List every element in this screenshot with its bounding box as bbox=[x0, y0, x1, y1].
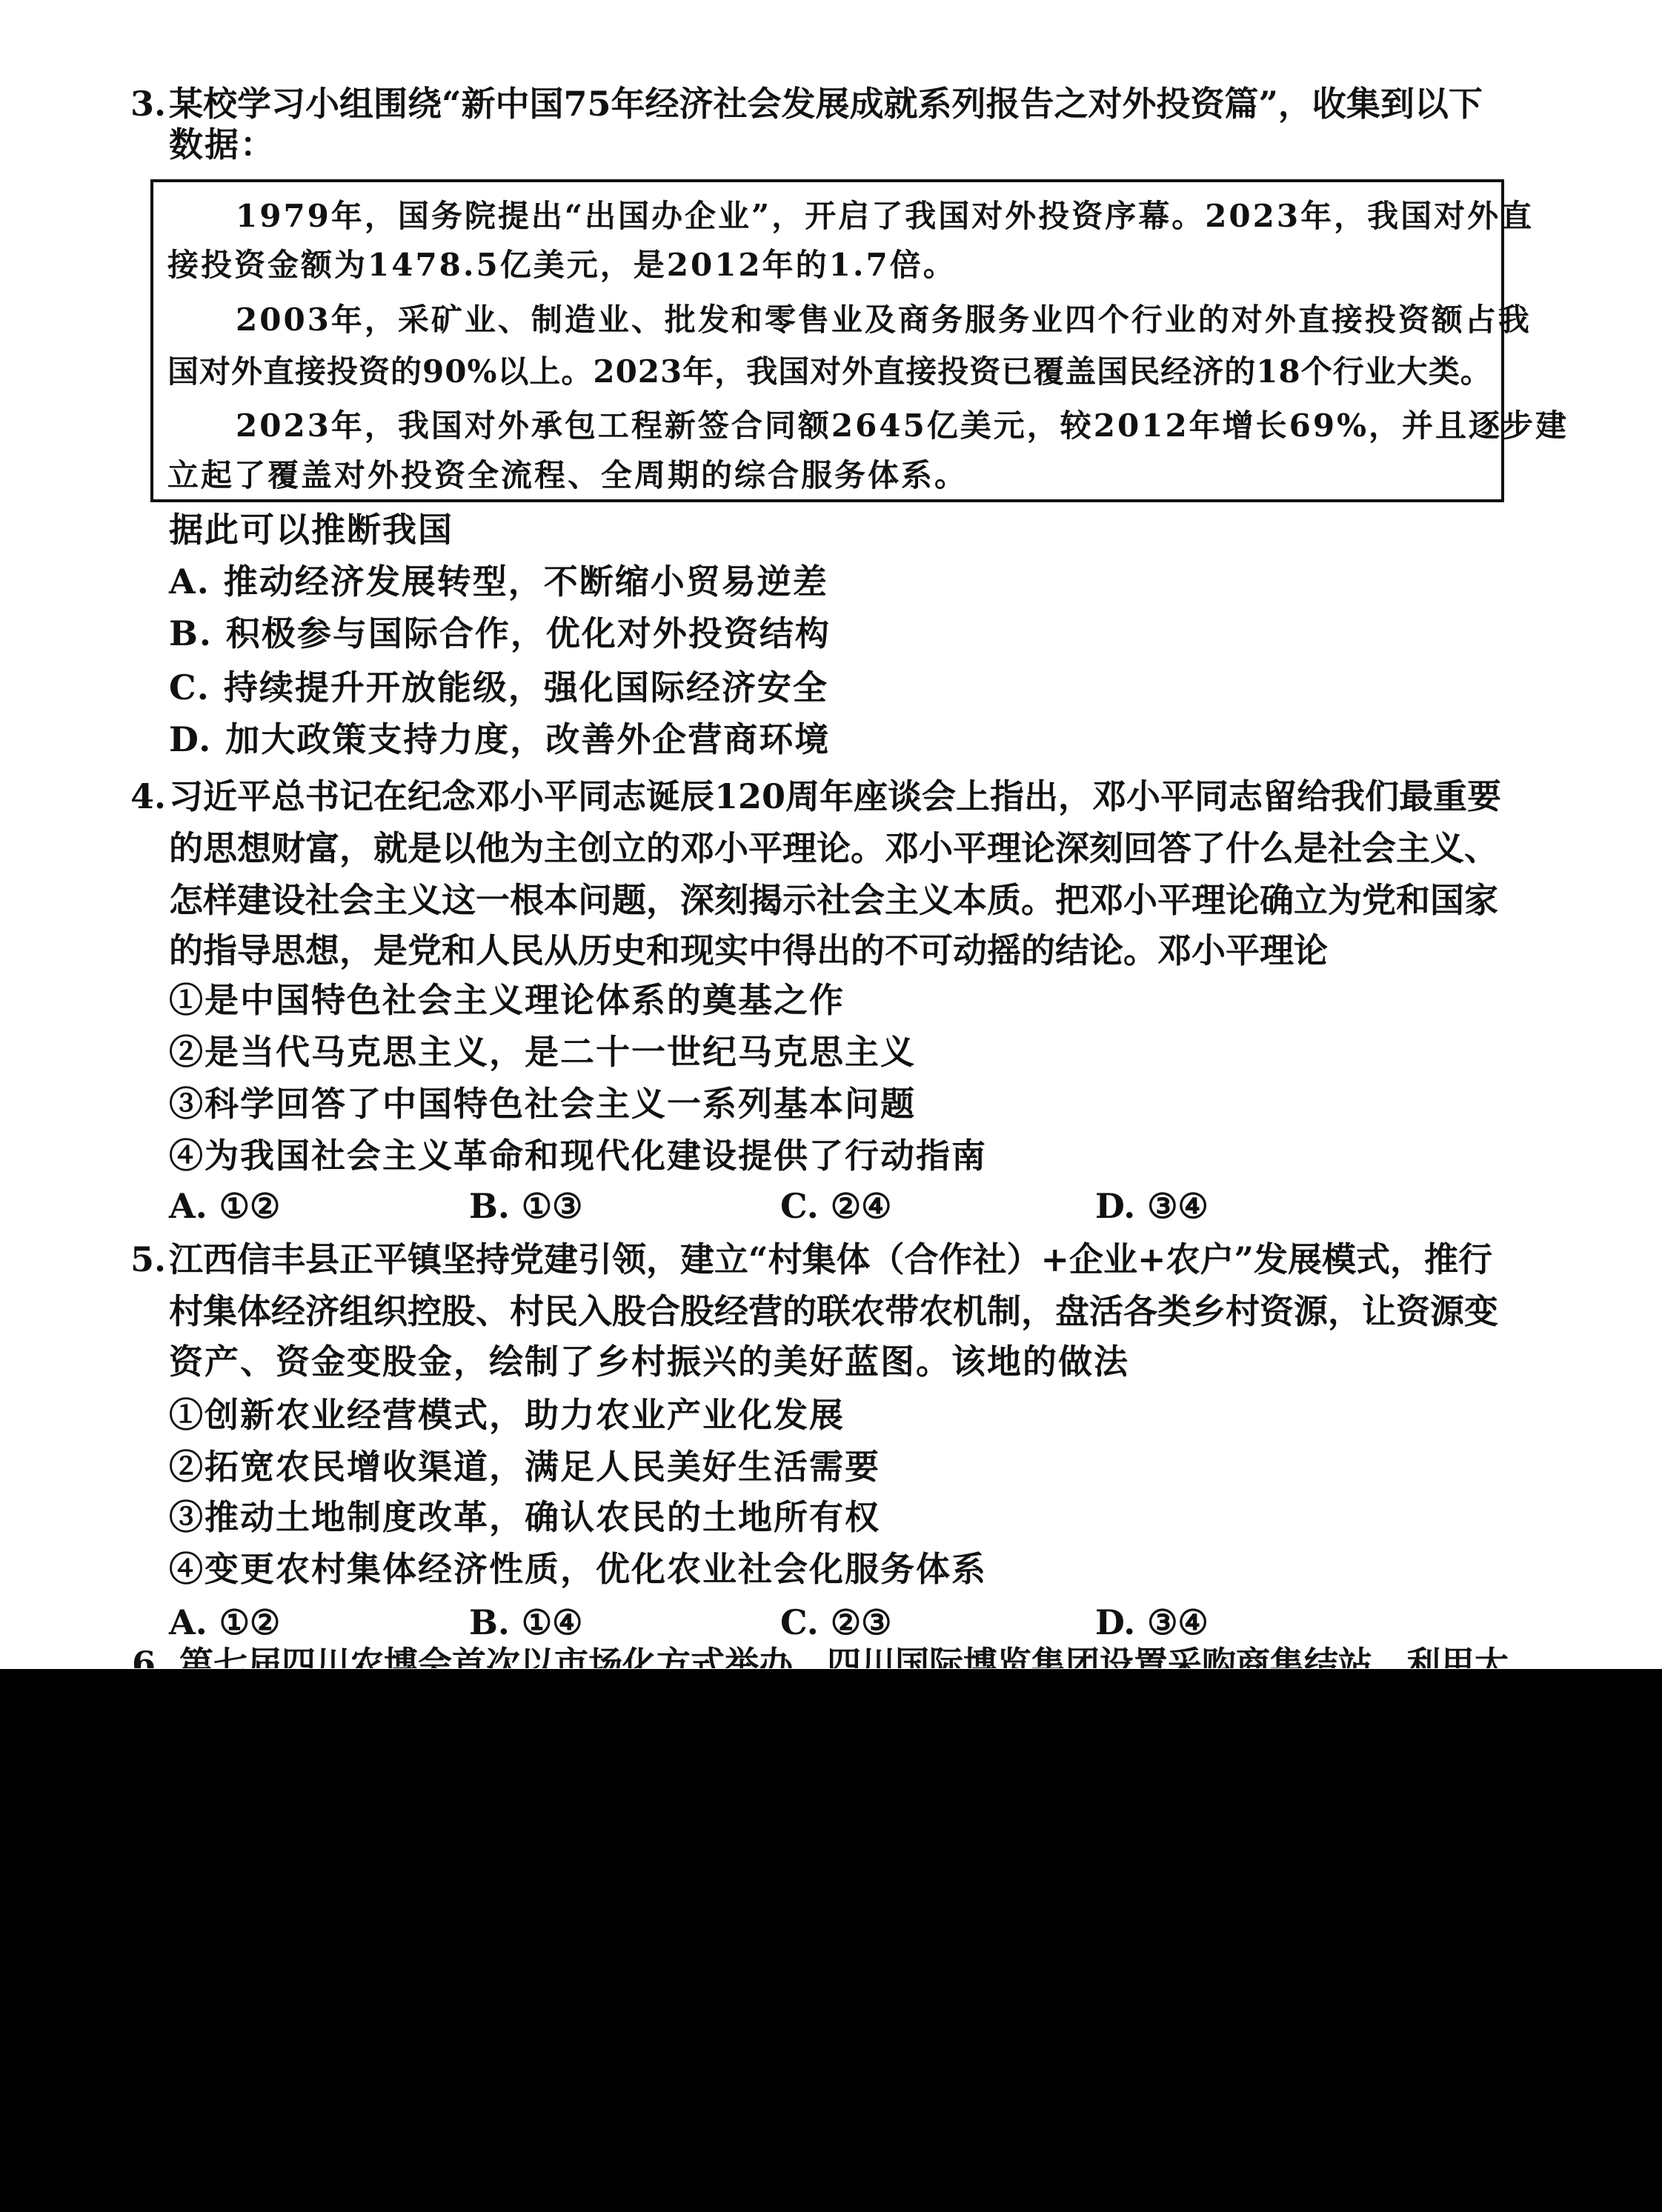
answer-option-c[interactable]: C. 持续提升开放能级，强化国际经济安全 bbox=[169, 667, 828, 708]
answer-option-b[interactable]: B. 积极参与国际合作，优化对外投资结构 bbox=[169, 613, 831, 654]
answer-option-c[interactable]: C. ②④ bbox=[780, 1185, 891, 1227]
question-stem-line: 的指导思想，是党和人民从历史和现实中得出的不可动摇的结论。邓小平理论 bbox=[169, 930, 1328, 971]
question-stem-line: 资产、资金变股金，绘制了乡村振兴的美好蓝图。该地的做法 bbox=[169, 1341, 1129, 1382]
statement-item: ④变更农村集体经济性质，优化农业社会化服务体系 bbox=[169, 1548, 987, 1590]
material-line: 2003年，采矿业、制造业、批发和零售业及商务服务业四个行业的对外直接投资额占我 bbox=[236, 299, 1532, 341]
redacted-region bbox=[0, 1669, 1662, 2212]
statement-item: ③推动土地制度改革，确认农民的土地所有权 bbox=[169, 1496, 880, 1538]
answer-option-d[interactable]: D. ③④ bbox=[1095, 1185, 1209, 1227]
answer-option-b[interactable]: B. ①④ bbox=[469, 1602, 582, 1643]
answer-option-a[interactable]: A. ①② bbox=[169, 1185, 280, 1227]
answer-option-c[interactable]: C. ②③ bbox=[780, 1602, 891, 1643]
question-stem-line: 的思想财富，就是以他为主创立的邓小平理论。邓小平理论深刻回答了什么是社会主义、 bbox=[169, 827, 1498, 869]
answer-option-d[interactable]: D. 加大政策支持力度，改善外企营商环境 bbox=[169, 719, 830, 760]
material-line: 国对外直接投资的90%以上。2023年，我国对外直接投资已覆盖国民经济的18个行… bbox=[167, 351, 1492, 393]
answer-option-a[interactable]: A. ①② bbox=[169, 1602, 280, 1643]
statement-item: ①是中国特色社会主义理论体系的奠基之作 bbox=[169, 979, 845, 1021]
statement-item: ②是当代马克思主义，是二十一世纪马克思主义 bbox=[169, 1031, 916, 1073]
question-number: 4. bbox=[130, 776, 166, 817]
question-stem-line: 江西信丰县正平镇坚持党建引领，建立“村集体（合作社）+企业+农户”发展模式，推行 bbox=[169, 1239, 1492, 1280]
question-number: 5. bbox=[130, 1239, 166, 1280]
question-number: 3. bbox=[130, 83, 166, 124]
statement-item: ③科学回答了中国特色社会主义一系列基本问题 bbox=[169, 1083, 916, 1125]
statement-item: ①创新农业经营模式，助力农业产业化发展 bbox=[169, 1394, 845, 1436]
material-line: 接投资金额为1478.5亿美元，是2012年的1.7倍。 bbox=[167, 244, 957, 286]
question-prompt: 据此可以推断我国 bbox=[169, 509, 453, 550]
question-stem-line: 习近平总书记在纪念邓小平同志诞辰120周年座谈会上指出，邓小平同志留给我们最重要 bbox=[169, 776, 1501, 817]
material-line: 2023年，我国对外承包工程新签合同额2645亿美元，较2012年增长69%，并… bbox=[236, 405, 1569, 447]
statement-item: ④为我国社会主义革命和现代化建设提供了行动指南 bbox=[169, 1135, 987, 1176]
material-line: 1979年，国务院提出“出国办企业”，开启了我国对外投资序幕。2023年，我国对… bbox=[236, 196, 1534, 237]
answer-option-d[interactable]: D. ③④ bbox=[1095, 1602, 1209, 1643]
question-stem-line: 村集体经济组织控股、村民入股合股经营的联农带农机制，盘活各类乡村资源，让资源变 bbox=[169, 1290, 1498, 1332]
question-stem-line: 某校学习小组围绕“新中国75年经济社会发展成就系列报告之对外投资篇”，收集到以下 bbox=[169, 83, 1483, 124]
answer-option-a[interactable]: A. 推动经济发展转型，不断缩小贸易逆差 bbox=[169, 561, 828, 602]
answer-option-b[interactable]: B. ①③ bbox=[469, 1185, 582, 1227]
question-stem-line: 数据： bbox=[169, 124, 276, 165]
question-stem-line: 怎样建设社会主义这一根本问题，深刻揭示社会主义本质。把邓小平理论确立为党和国家 bbox=[169, 879, 1498, 921]
statement-item: ②拓宽农民增收渠道，满足人民美好生活需要 bbox=[169, 1446, 880, 1488]
material-line: 立起了覆盖对外投资全流程、全周期的综合服务体系。 bbox=[167, 455, 968, 496]
